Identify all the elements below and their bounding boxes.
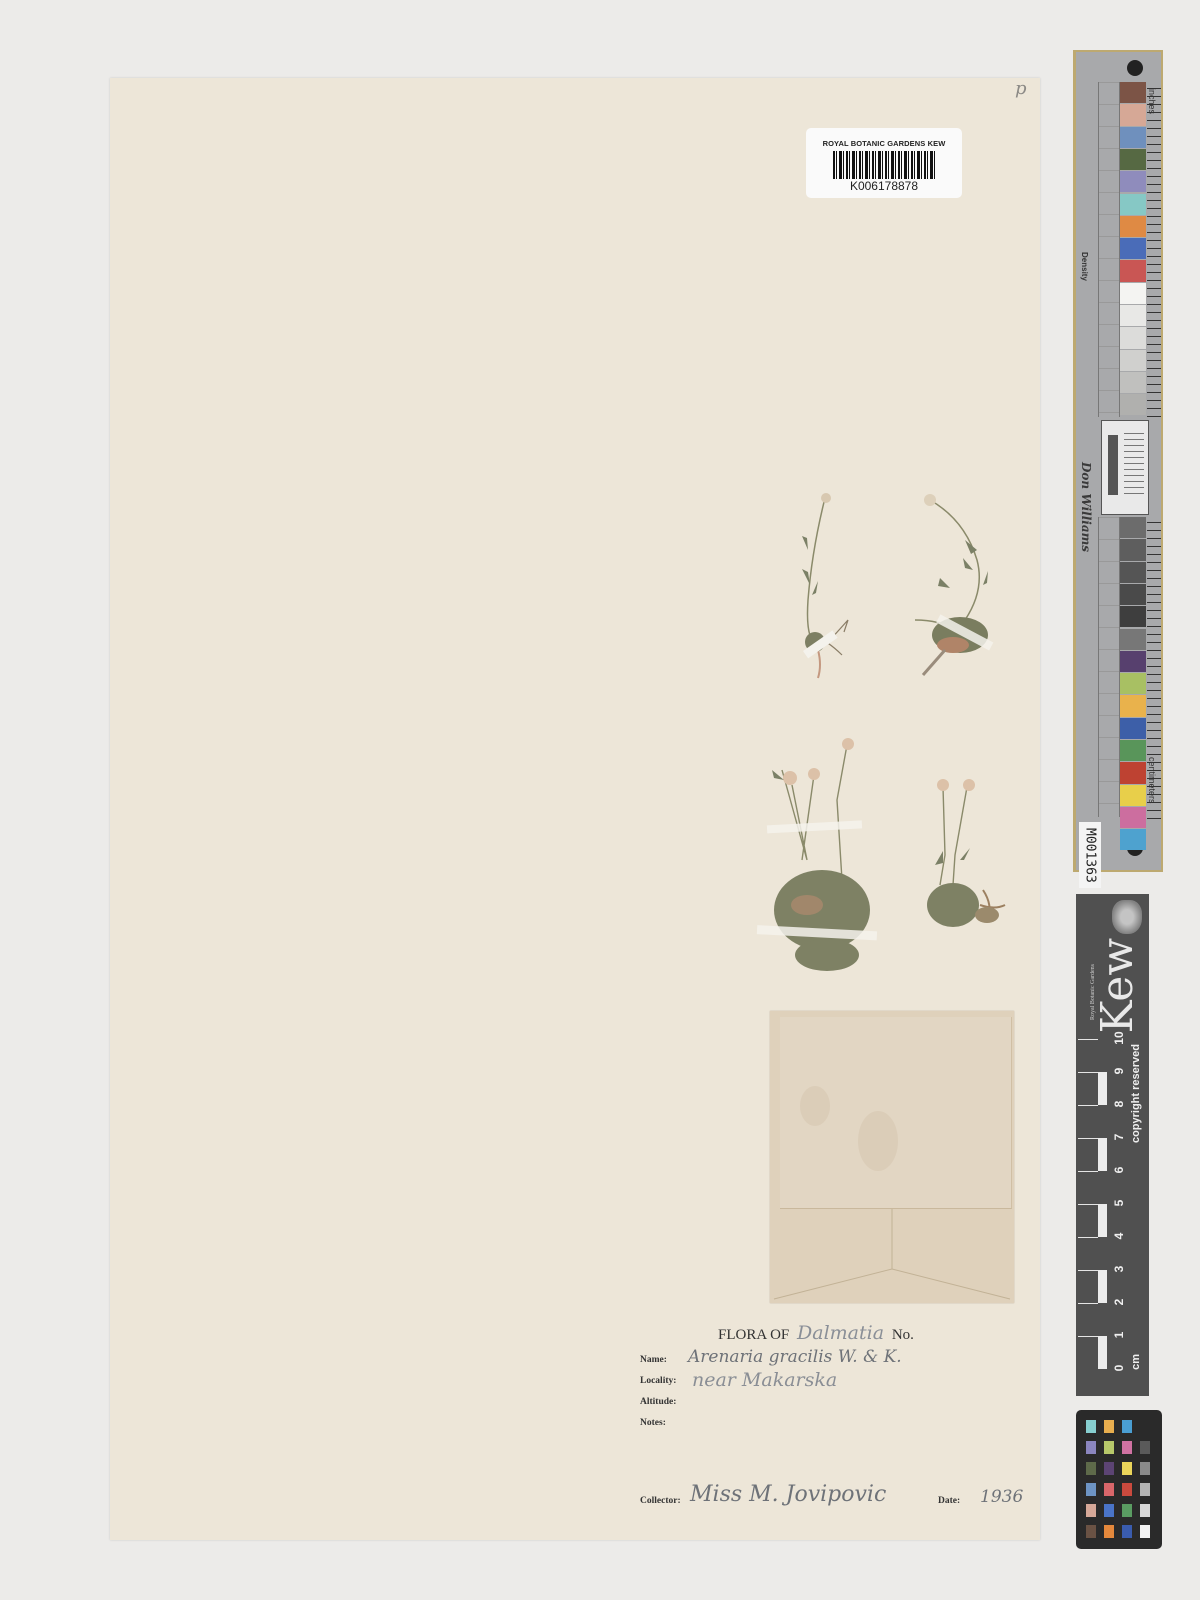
ruler-segment bbox=[1078, 1072, 1098, 1105]
herbarium-sheet bbox=[110, 78, 1040, 1540]
ruler-tick-label: 3 bbox=[1112, 1259, 1126, 1279]
hole-icon bbox=[1127, 60, 1143, 76]
ruler-segment bbox=[1078, 1039, 1098, 1072]
checker-patch bbox=[1140, 1420, 1150, 1433]
checker-patch bbox=[1122, 1462, 1132, 1475]
field-locality-value: near Makarska bbox=[692, 1369, 837, 1391]
color-swatch bbox=[1120, 238, 1146, 259]
ruler-tick-label: 0 bbox=[1112, 1358, 1126, 1378]
kew-scale-bar: Kew Royal Botanic Gardens copyright rese… bbox=[1076, 894, 1149, 1396]
corner-mark: p bbox=[1015, 78, 1027, 99]
specimen-envelope[interactable] bbox=[770, 1011, 1014, 1303]
color-swatch bbox=[1120, 517, 1146, 538]
density-label: Density bbox=[1080, 252, 1089, 281]
color-swatch bbox=[1120, 350, 1146, 371]
flora-region: Dalmatia bbox=[797, 1322, 884, 1344]
color-swatch bbox=[1120, 127, 1146, 148]
checker-patch bbox=[1086, 1420, 1096, 1433]
field-altitude-label: Altitude: bbox=[640, 1397, 676, 1407]
ruler-tick-label: 5 bbox=[1112, 1193, 1126, 1213]
field-name-label: Name: bbox=[640, 1355, 667, 1365]
number-label: No. bbox=[892, 1327, 914, 1343]
checker-patch bbox=[1140, 1525, 1150, 1538]
copyright-text: copyright reserved bbox=[1130, 1044, 1142, 1143]
ruler-tick-label: 6 bbox=[1112, 1160, 1126, 1180]
density-grid bbox=[1098, 517, 1120, 817]
ruler-segment bbox=[1078, 1105, 1098, 1138]
date-value: 1936 bbox=[980, 1487, 1023, 1507]
date-label: Date: bbox=[938, 1496, 960, 1506]
checker-patch bbox=[1122, 1525, 1132, 1538]
color-swatch bbox=[1120, 829, 1146, 850]
colorbar-id-tag: M001363 bbox=[1079, 822, 1101, 888]
checker-patch bbox=[1104, 1504, 1114, 1517]
cm-ruler: 012345678910 bbox=[1078, 1039, 1119, 1389]
color-swatch bbox=[1120, 194, 1146, 215]
ruler-segment bbox=[1078, 1204, 1098, 1237]
barcode-number: K006178878 bbox=[806, 179, 962, 193]
colorbar-brand: Don Williams bbox=[1079, 462, 1093, 552]
color-swatch bbox=[1120, 562, 1146, 583]
ruler-tick-label: 9 bbox=[1112, 1061, 1126, 1081]
checker-patch bbox=[1104, 1462, 1114, 1475]
ruler-segment bbox=[1078, 1303, 1098, 1336]
color-swatch bbox=[1120, 629, 1146, 650]
ruler-white-block bbox=[1098, 1204, 1107, 1237]
color-swatch bbox=[1120, 104, 1146, 125]
plant-specimen-4 bbox=[925, 775, 1025, 945]
checker-patch bbox=[1104, 1525, 1114, 1538]
checker-patch bbox=[1140, 1462, 1150, 1475]
collector-label: Collector: bbox=[640, 1496, 681, 1506]
ruler-white-block bbox=[1098, 1270, 1107, 1303]
kew-subtitle: Royal Botanic Gardens bbox=[1090, 964, 1096, 1020]
color-checker-card bbox=[1076, 1410, 1162, 1549]
ruler-white-block bbox=[1098, 1072, 1107, 1105]
color-swatch bbox=[1120, 171, 1146, 192]
ruler-segment bbox=[1078, 1237, 1098, 1270]
cm-unit-label: cm bbox=[1130, 1354, 1142, 1370]
ruler-segment bbox=[1078, 1171, 1098, 1204]
color-swatch bbox=[1120, 216, 1146, 237]
color-swatch bbox=[1120, 327, 1146, 348]
plant-specimen-1 bbox=[790, 490, 880, 680]
institution-name: ROYAL BOTANIC GARDENS KEW bbox=[806, 139, 962, 148]
checker-patch bbox=[1122, 1483, 1132, 1496]
envelope-stain bbox=[800, 1086, 830, 1126]
checker-patch bbox=[1086, 1441, 1096, 1454]
checker-patch bbox=[1086, 1525, 1096, 1538]
color-swatch bbox=[1120, 807, 1146, 828]
color-swatch bbox=[1120, 305, 1146, 326]
field-locality-label: Locality: bbox=[640, 1376, 676, 1386]
density-grid bbox=[1098, 82, 1120, 417]
color-swatch bbox=[1120, 718, 1146, 739]
color-swatch bbox=[1120, 785, 1146, 806]
color-swatch bbox=[1120, 394, 1146, 415]
ruler-segment bbox=[1078, 1138, 1098, 1171]
checker-patch bbox=[1104, 1441, 1114, 1454]
color-calibration-bar: inches Density Don Williams centimeters … bbox=[1073, 50, 1163, 872]
color-swatch bbox=[1120, 762, 1146, 783]
color-swatch bbox=[1120, 260, 1146, 281]
inch-ticks bbox=[1147, 88, 1161, 418]
checker-patch bbox=[1104, 1483, 1114, 1496]
gray-step-inset bbox=[1101, 420, 1149, 515]
flora-title: FLORA OF Dalmatia No. bbox=[718, 1322, 914, 1344]
barcode-label: ROYAL BOTANIC GARDENS KEW K006178878 bbox=[806, 128, 962, 198]
checker-patch bbox=[1086, 1483, 1096, 1496]
ruler-white-block bbox=[1098, 1336, 1107, 1369]
plant-specimen-3 bbox=[752, 730, 882, 975]
ruler-tick-label: 2 bbox=[1112, 1292, 1126, 1312]
ruler-white-block bbox=[1098, 1138, 1107, 1171]
color-swatch bbox=[1120, 673, 1146, 694]
gray-wedge bbox=[1108, 435, 1118, 495]
plant-specimen-2 bbox=[895, 490, 1015, 680]
checker-patch bbox=[1086, 1462, 1096, 1475]
checker-patch bbox=[1140, 1441, 1150, 1454]
barcode-icon bbox=[833, 151, 935, 179]
ruler-tick-label: 4 bbox=[1112, 1226, 1126, 1246]
checker-patch bbox=[1140, 1504, 1150, 1517]
ruler-segment bbox=[1078, 1270, 1098, 1303]
color-swatch bbox=[1120, 372, 1146, 393]
color-swatch bbox=[1120, 149, 1146, 170]
color-swatch bbox=[1120, 695, 1146, 716]
envelope-fold-lines bbox=[770, 1201, 1014, 1303]
field-notes-label: Notes: bbox=[640, 1418, 666, 1428]
checker-patch bbox=[1086, 1504, 1096, 1517]
kew-logo: Kew bbox=[1096, 938, 1140, 1033]
color-swatch bbox=[1120, 651, 1146, 672]
color-swatch bbox=[1120, 539, 1146, 560]
color-swatch bbox=[1120, 740, 1146, 761]
ruler-tick-label: 1 bbox=[1112, 1325, 1126, 1345]
checker-patch bbox=[1122, 1504, 1132, 1517]
ruler-tick-label: 8 bbox=[1112, 1094, 1126, 1114]
crest-icon bbox=[1112, 900, 1142, 934]
color-swatch bbox=[1120, 82, 1146, 103]
flora-prefix: FLORA OF bbox=[718, 1327, 789, 1343]
checker-patch bbox=[1122, 1441, 1132, 1454]
color-swatch bbox=[1120, 606, 1146, 627]
ruler-tick-label: 7 bbox=[1112, 1127, 1126, 1147]
color-swatch bbox=[1120, 283, 1146, 304]
ruler-segment bbox=[1078, 1336, 1098, 1369]
envelope-stain bbox=[858, 1111, 898, 1171]
checker-patch bbox=[1140, 1483, 1150, 1496]
ruler-tick-label: 10 bbox=[1112, 1028, 1126, 1048]
collector-value: Miss M. Jovipovic bbox=[690, 1482, 886, 1507]
inset-scale bbox=[1124, 433, 1144, 495]
centimeters-label: centimeters bbox=[1147, 757, 1157, 804]
checker-patch bbox=[1104, 1420, 1114, 1433]
field-name-value: Arenaria gracilis W. & K. bbox=[688, 1347, 902, 1367]
checker-patch bbox=[1122, 1420, 1132, 1433]
color-swatch bbox=[1120, 584, 1146, 605]
